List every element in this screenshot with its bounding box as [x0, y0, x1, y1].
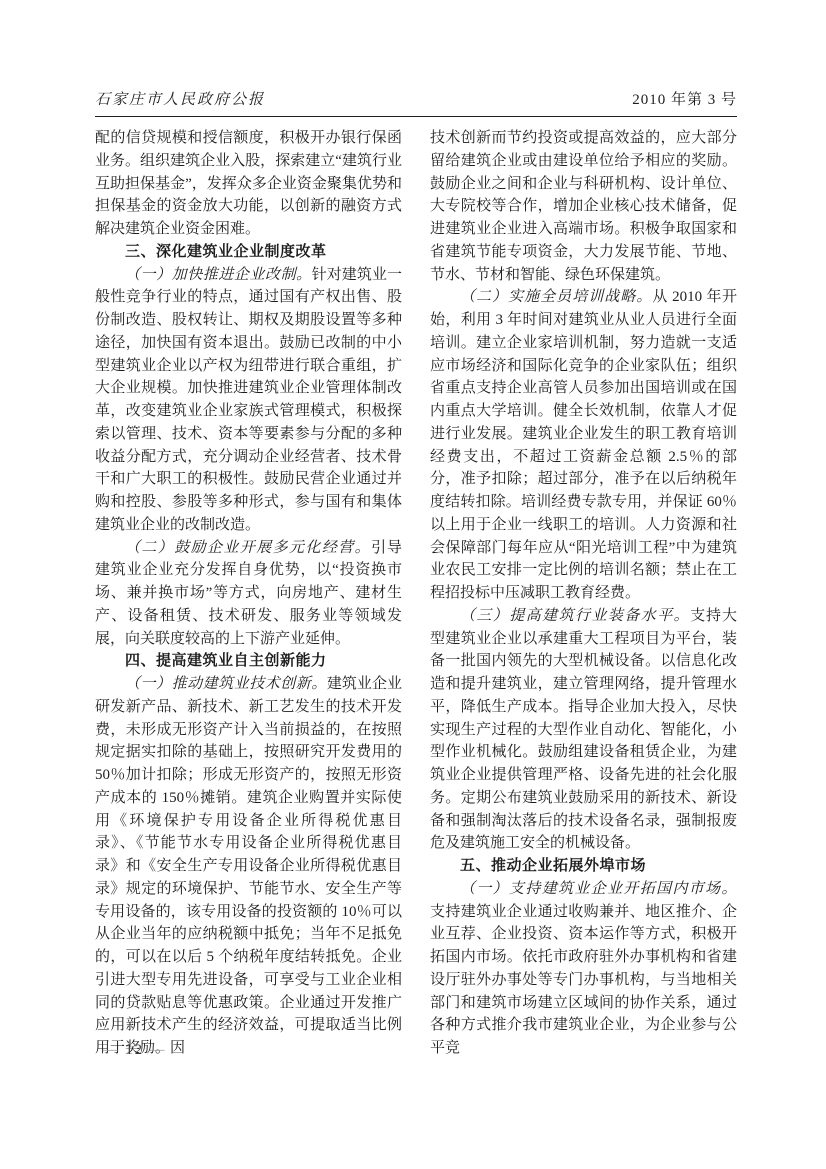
paragraph: （一）支持建筑业企业开拓国内市场。支持建筑业企业通过收购兼并、地区推介、企业互荐… [430, 878, 737, 1060]
page-header: 石家庄市人民政府公报 2010 年第 3 号 [95, 88, 737, 109]
section-heading: 五、推动企业拓展外埠市场 [430, 855, 737, 878]
gazette-page: 石家庄市人民政府公报 2010 年第 3 号 配的信贷规模和授信额度，积极开办银… [0, 0, 826, 1169]
page-content: 配的信贷规模和授信额度，积极开办银行保函业务。组织建筑企业入股，探索建立“建筑行… [95, 127, 737, 1060]
paragraph: （二）鼓励企业开展多元化经营。引导建筑业企业充分发挥自身优势，以“投资换市场、兼… [95, 537, 402, 651]
page-footer: —12— [97, 1042, 173, 1059]
paragraph-lead: （一）加快推进企业改制。 [125, 267, 312, 283]
left-column: 配的信贷规模和授信额度，积极开办银行保函业务。组织建筑企业入股，探索建立“建筑行… [95, 127, 402, 1060]
right-column: 技术创新而节约投资或提高效益的，应大部分留给建筑企业或由建设单位给予相应的奖励。… [430, 127, 737, 1060]
paragraph: 技术创新而节约投资或提高效益的，应大部分留给建筑企业或由建设单位给予相应的奖励。… [430, 127, 737, 286]
section-heading: 四、提高建筑业自主创新能力 [95, 650, 402, 673]
paragraph-lead: （三）提高建筑行业装备水平。 [460, 608, 690, 624]
footer-dash-right: — [144, 1042, 173, 1058]
paragraph-lead: （二）实施全员培训战略。 [460, 289, 652, 305]
header-rule [95, 116, 737, 117]
paragraph-lead: （二）鼓励企业开展多元化经营。 [125, 540, 371, 556]
footer-dash-left: — [97, 1042, 126, 1058]
section-heading: 三、深化建筑业企业制度改革 [95, 241, 402, 264]
paragraph: （一）推动建筑业技术创新。建筑业企业研发新产品、新技术、新工艺发生的技术开发费，… [95, 673, 402, 1060]
paragraph-lead: （一）推动建筑业技术创新。 [125, 676, 327, 692]
page-number: 12 [126, 1042, 145, 1058]
paragraph: 配的信贷规模和授信额度，积极开办银行保函业务。组织建筑企业入股，探索建立“建筑行… [95, 127, 402, 241]
publication-title: 石家庄市人民政府公报 [95, 88, 265, 109]
paragraph: （一）加快推进企业改制。针对建筑业一般性竞争行业的特点，通过国有产权出售、股份制… [95, 264, 402, 537]
paragraph: （三）提高建筑行业装备水平。支持大型建筑业企业以承建重大工程项目为平台，装备一批… [430, 605, 737, 855]
issue-number: 2010 年第 3 号 [632, 88, 737, 109]
paragraph: （二）实施全员培训战略。从 2010 年开始，利用 3 年时间对建筑业从业人员进… [430, 286, 737, 605]
paragraph-lead: （一）支持建筑业企业开拓国内市场。 [460, 881, 737, 897]
